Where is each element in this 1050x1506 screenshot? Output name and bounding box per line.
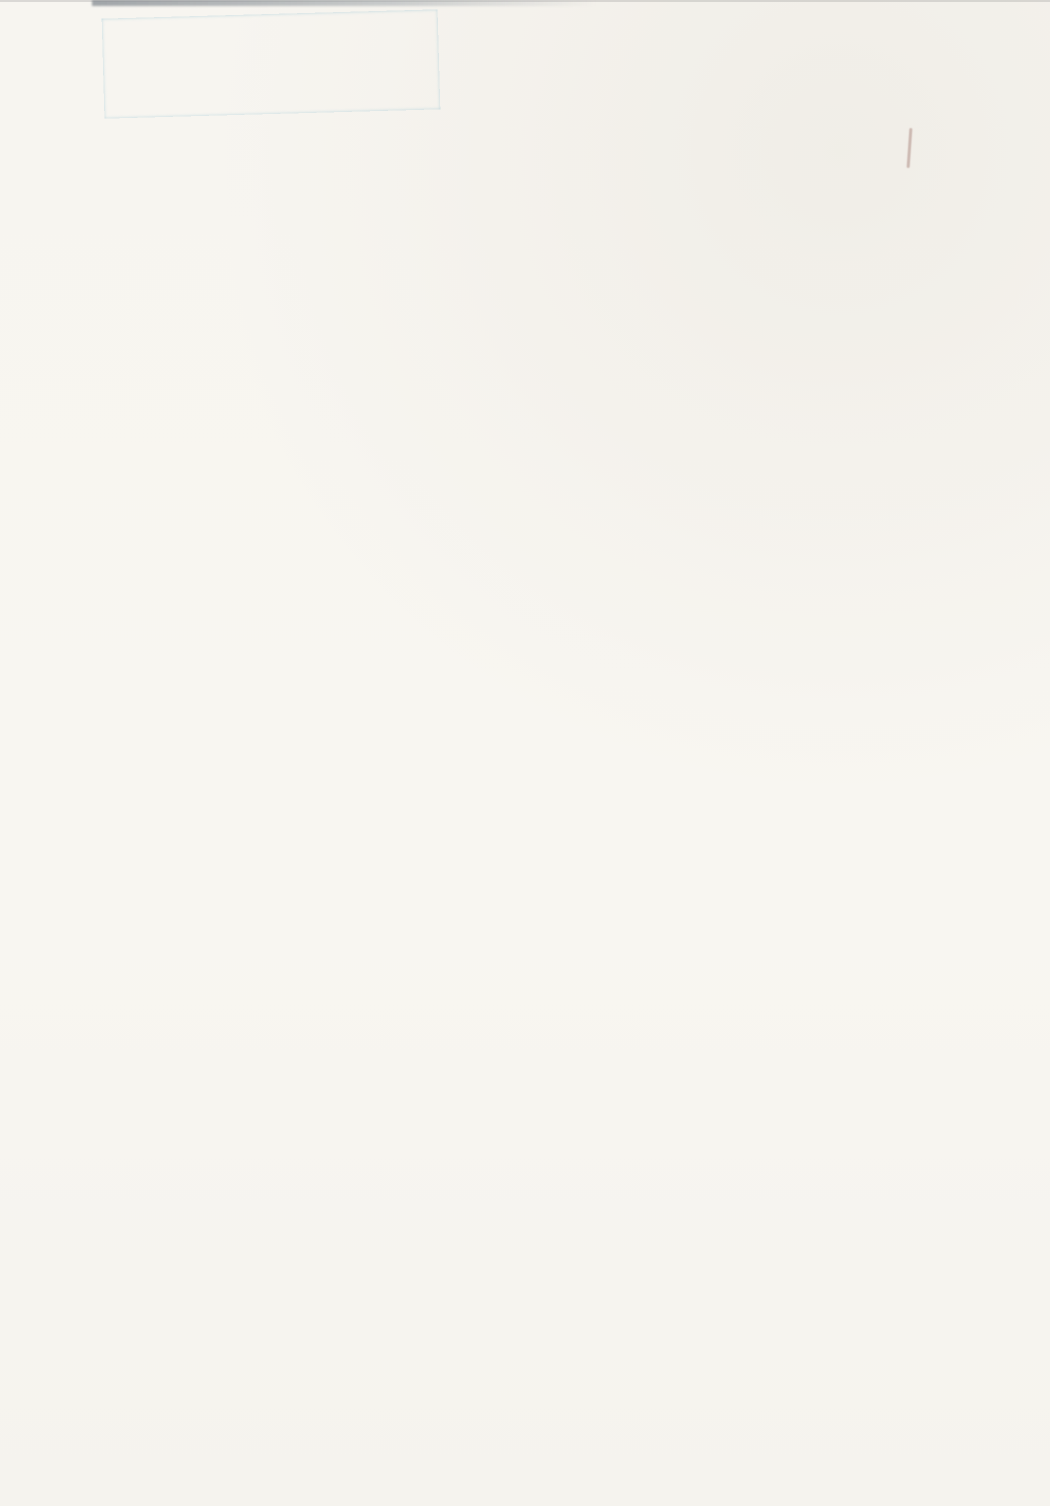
blue-approval-stamp [102,9,441,118]
scan-smudge-artifact [92,0,597,6]
scanned-document-page [0,0,1050,1506]
paper-crease-artifact [907,128,913,168]
red-official-seal [694,1270,934,1506]
blue-stamp-text [109,16,431,25]
